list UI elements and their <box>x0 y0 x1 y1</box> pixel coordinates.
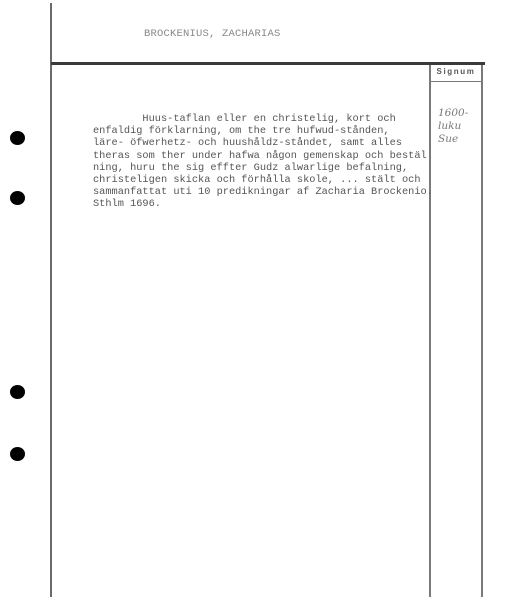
signum-header-divider <box>430 81 482 82</box>
signum-label: Signum <box>431 67 481 76</box>
handwritten-signum-note: 1600- luku Sue <box>438 107 468 146</box>
bibliographic-description: Huus-taflan eller en christelig, kort oc… <box>93 113 438 211</box>
header-divider-line <box>51 62 485 65</box>
catalog-card: BROCKENIUS, ZACHARIAS Signum Huus-taflan… <box>0 0 507 600</box>
punch-hole-4 <box>10 447 25 461</box>
signum-column-right-border <box>481 65 483 597</box>
author-heading: BROCKENIUS, ZACHARIAS <box>144 28 281 40</box>
punch-hole-2 <box>10 191 25 205</box>
punch-hole-3 <box>10 385 25 399</box>
punch-hole-1 <box>10 131 25 145</box>
left-margin-line <box>50 3 52 597</box>
